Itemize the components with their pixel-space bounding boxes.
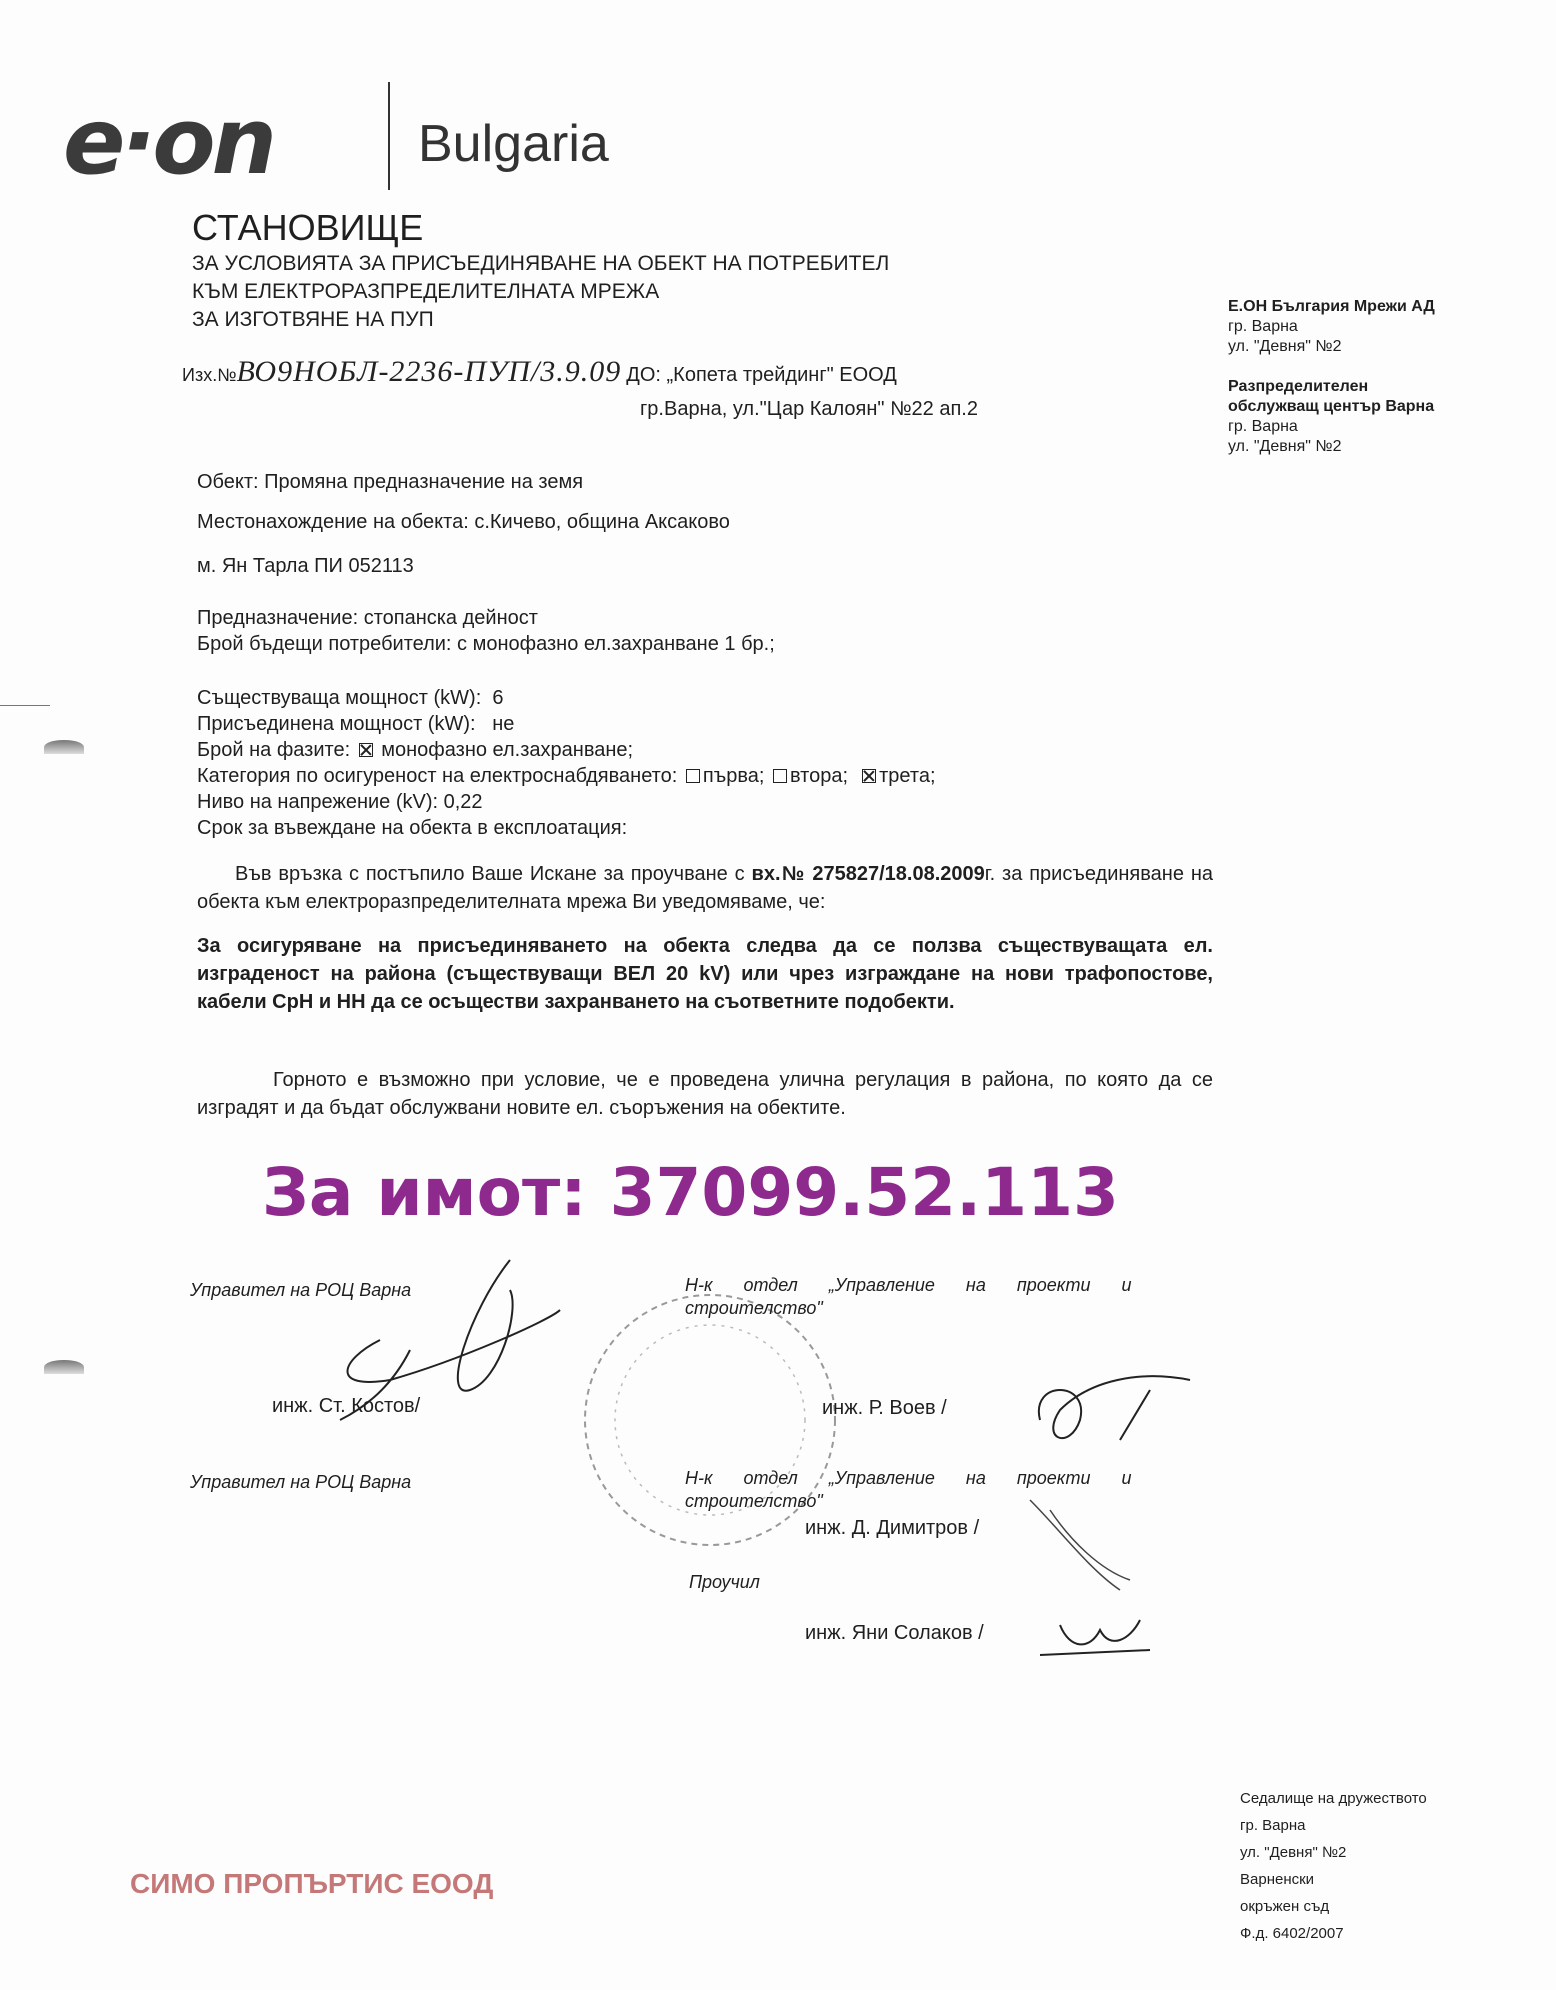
future-consumers-line: Брой бъдещи потребители: с монофазно ел.… [197, 634, 775, 654]
seat-line: ул. "Девня" №2 [1240, 1839, 1427, 1866]
connected-power-value: не [492, 713, 514, 735]
phases-value: монофазно ел.захранване; [381, 739, 633, 761]
connection-conditions-paragraph: За осигуряване на присъединяването на об… [197, 932, 1213, 1016]
right-title-1-b: строителство" [685, 1298, 823, 1319]
signature-voev-icon [1020, 1360, 1200, 1460]
studied-name: инж. Яни Солаков / [805, 1622, 984, 1645]
right-title-1: Н-к отдел „Управление на проекти и [685, 1275, 1213, 1296]
seat-line: Варненски [1240, 1866, 1427, 1893]
company-line: ул. "Девня" №2 [1228, 437, 1435, 457]
seat-line: Ф.д. 6402/2007 [1240, 1920, 1427, 1947]
condition-paragraph: Горното е възможно при условие, че е про… [197, 1066, 1213, 1122]
logo-divider [388, 82, 390, 190]
voltage-label: Ниво на напрежение (kV): [197, 791, 438, 813]
phases-label: Брой на фазите: [197, 739, 350, 761]
company-block: Е.ОН България Мрежи АД гр. Варна ул. "Де… [1228, 297, 1435, 457]
checkbox-checked-icon [359, 743, 373, 757]
reference-line: Изх.№ВО9НОБЛ-2236-ПУП/3.9.09 ДО: „Копета… [182, 355, 897, 389]
intro-paragraph: Във връзка с постъпило Ваше Искане за пр… [197, 860, 1213, 916]
signature-dimitrov-icon [1020, 1490, 1140, 1600]
right-title-2-b: строителство" [685, 1491, 823, 1512]
company-line: гр. Варна [1228, 317, 1435, 337]
category-option-second: втора; [790, 765, 848, 787]
studied-label: Проучил [689, 1572, 760, 1593]
category-line: Категория по осигуреност на електроснабд… [197, 766, 936, 786]
punch-hole-icon [44, 740, 84, 754]
existing-power-line: Съществуваща мощност (kW): 6 [197, 688, 504, 708]
existing-power-value: 6 [492, 687, 503, 709]
eon-logo: e·on [63, 96, 273, 188]
deadline-line: Срок за въвеждане на обекта в експлоатац… [197, 818, 627, 838]
phases-line: Брой на фазите: монофазно ел.захранване; [197, 740, 633, 760]
company-line: Е.ОН България Мрежи АД [1228, 297, 1435, 317]
signature-kostov-icon [320, 1250, 580, 1430]
company-line: ул. "Девня" №2 [1228, 337, 1435, 357]
object-line: Обект: Промяна предназначение на земя [197, 472, 583, 492]
watermark: СИМО ПРОПЪРТИС ЕООД [130, 1868, 493, 1900]
subtitle-line-1: ЗА УСЛОВИЯТА ЗА ПРИСЪЕДИНЯВАНЕ НА ОБЕКТ … [192, 253, 889, 274]
purpose-line: Предназначение: стопанска дейност [197, 608, 538, 628]
existing-power-label: Съществуваща мощност (kW): [197, 687, 481, 709]
connected-power-line: Присъединена мощност (kW): не [197, 714, 514, 734]
fold-mark [0, 705, 50, 706]
voltage-value: 0,22 [444, 791, 483, 813]
seat-line: окръжен съд [1240, 1893, 1427, 1920]
voltage-line: Ниво на напрежение (kV): 0,22 [197, 792, 483, 812]
property-headline: За имот: 37099.52.113 [262, 1160, 1119, 1226]
seat-line: Седалище на дружеството [1240, 1785, 1427, 1812]
handwritten-reference: ВО9НОБЛ-2236-ПУП/3.9.09 [237, 355, 622, 388]
category-option-first: първа; [703, 765, 765, 787]
seat-line: гр. Варна [1240, 1812, 1427, 1839]
intro-ref: вх.№ 275827/18.08.2009 [752, 863, 985, 885]
company-line: гр. Варна [1228, 417, 1435, 437]
right-name-1: инж. Р. Воев / [822, 1397, 947, 1420]
checkbox-empty-icon [773, 769, 787, 783]
logo-country: Bulgaria [418, 118, 609, 170]
category-label: Категория по осигуреност на електроснабд… [197, 765, 677, 787]
recipient-address: гр.Варна, ул."Цар Калоян" №22 ап.2 [640, 398, 978, 421]
subtitle-line-3: ЗА ИЗГОТВЯНЕ НА ПУП [192, 309, 434, 330]
company-seat-block: Седалище на дружеството гр. Варна ул. "Д… [1240, 1785, 1427, 1947]
right-name-2: инж. Д. Димитров / [805, 1517, 979, 1540]
company-line: обслужващ център Варна [1228, 397, 1435, 417]
spacer [1228, 357, 1435, 377]
right-title-2-a: Н-к отдел „Управление на проекти и [685, 1468, 1132, 1489]
parcel-line: м. Ян Тарла ПИ 052113 [197, 556, 414, 576]
signature-solakov-icon [1030, 1610, 1170, 1670]
left-title-2: Управител на РОЦ Варна [190, 1472, 411, 1493]
document-title: СТАНОВИЩЕ [192, 210, 423, 246]
right-title-1-a: Н-к отдел „Управление на проекти и [685, 1275, 1132, 1296]
reference-label: Изх.№ [182, 365, 237, 385]
recipient: ДО: „Копета трейдинг" ЕООД [626, 364, 897, 386]
company-line: Разпределителен [1228, 377, 1435, 397]
connected-power-label: Присъединена мощност (kW): [197, 713, 476, 735]
subtitle-line-2: КЪМ ЕЛЕКТРОРАЗПРЕДЕЛИТЕЛНАТА МРЕЖА [192, 281, 659, 302]
checkbox-checked-icon [862, 769, 876, 783]
intro-text: Във връзка с постъпило Ваше Искане за пр… [235, 863, 752, 885]
location-line: Местонахождение на обекта: с.Кичево, общ… [197, 512, 730, 532]
punch-hole-icon [44, 1360, 84, 1374]
category-option-third: трета; [879, 765, 935, 787]
checkbox-empty-icon [686, 769, 700, 783]
